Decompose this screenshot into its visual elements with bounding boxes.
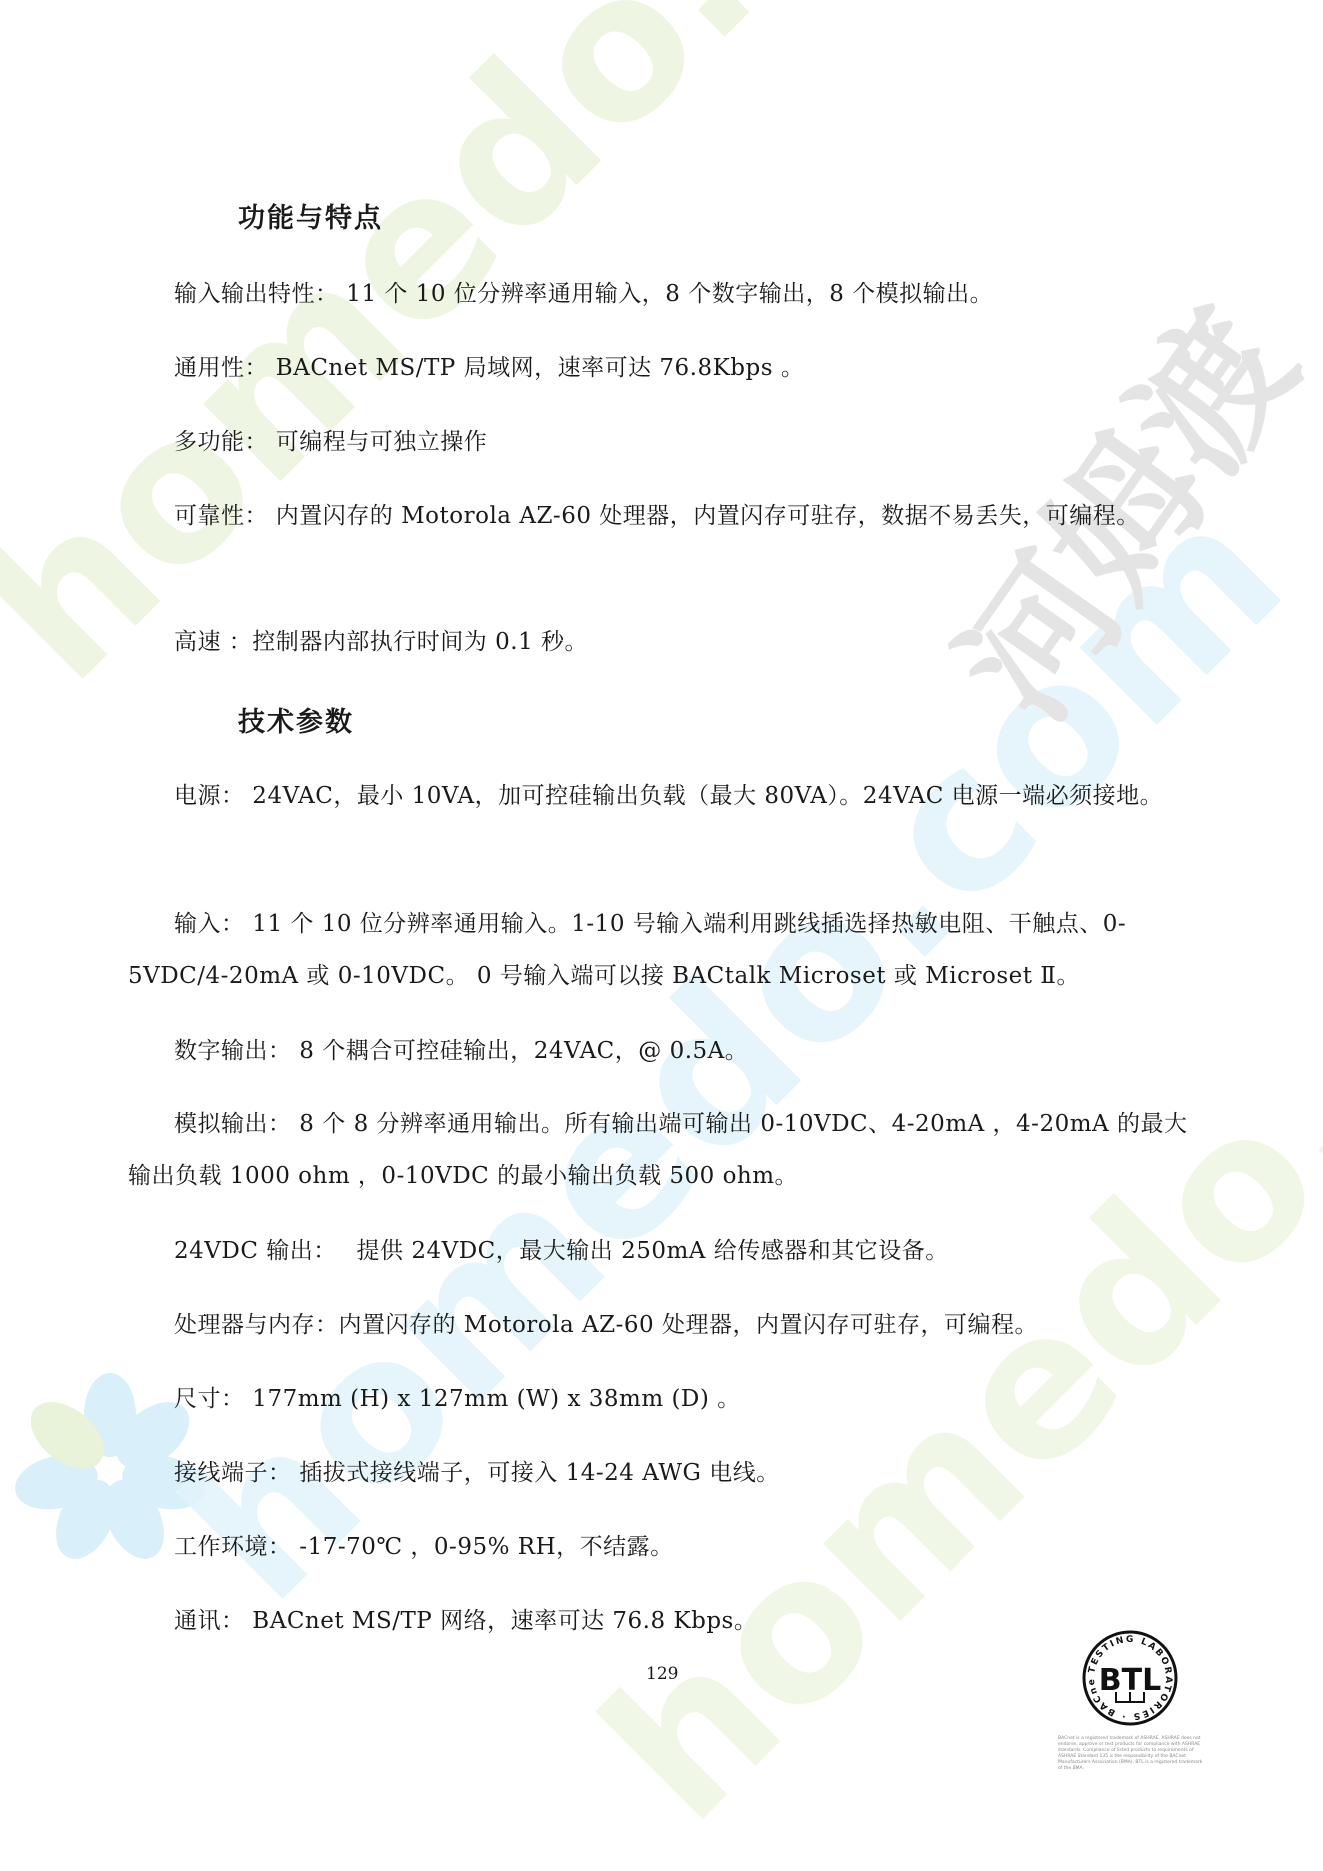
paragraph-processor: 处理器与内存：内置闪存的 Motorola AZ-60 处理器，内置闪存可驻存，… — [128, 1299, 1198, 1351]
paragraph-24vdc-output: 24VDC 输出： 提供 24VDC，最大输出 250mA 给传感器和其它设备。 — [128, 1225, 1198, 1277]
paragraph-speed: 高速 ：控制器内部执行时间为 0.1 秒。 — [128, 616, 1198, 668]
btl-fine-print: BACnet is a registered trademark of ASHR… — [1058, 1736, 1208, 1772]
paragraph-digital-output: 数字输出： 8 个耦合可控硅输出，24VAC，@ 0.5A。 — [128, 1025, 1198, 1077]
paragraph-generality: 通用性： BACnet MS/TP 局域网，速率可达 76.8Kbps 。 — [128, 342, 1198, 394]
paragraph-dimensions: 尺寸： 177mm (H) x 127mm (W) x 38mm (D) 。 — [128, 1373, 1198, 1425]
paragraph-multifunction: 多功能： 可编程与可独立操作 — [128, 416, 1198, 468]
section-heading-features: 功能与特点 — [238, 196, 383, 235]
paragraph-input: 输入： 11 个 10 位分辨率通用输入。1-10 号输入端利用跳线插选择热敏电… — [128, 898, 1198, 1002]
paragraph-power: 电源： 24VAC，最小 10VA，加可控硅输出负载（最大 80VA）。24VA… — [128, 770, 1198, 822]
paragraph-communication: 通讯： BACnet MS/TP 网络，速率可达 76.8 Kbps。 — [128, 1595, 1198, 1647]
paragraph-reliability: 可靠性： 内置闪存的 Motorola AZ-60 处理器，内置闪存可驻存，数据… — [128, 490, 1198, 542]
document-page: 功能与特点 输入输出特性： 11 个 10 位分辨率通用输入，8 个数字输出，8… — [0, 0, 1323, 1871]
page-number: 129 — [646, 1664, 678, 1684]
section-heading-specs: 技术参数 — [238, 700, 354, 739]
btl-badge-icon: TESTING LABORATORIES · BACnet · BTL — [1080, 1628, 1180, 1728]
paragraph-analog-output: 模拟输出： 8 个 8 分辨率通用输出。所有输出端可输出 0-10VDC、4-2… — [128, 1098, 1198, 1202]
paragraph-terminals: 接线端子： 插拔式接线端子，可接入 14-24 AWG 电线。 — [128, 1447, 1198, 1499]
btl-logo: TESTING LABORATORIES · BACnet · BTL BACn… — [1052, 1628, 1242, 1772]
paragraph-environment: 工作环境： -17-70℃ ，0-95% RH，不结露。 — [128, 1521, 1198, 1573]
paragraph-io: 输入输出特性： 11 个 10 位分辨率通用输入，8 个数字输出，8 个模拟输出… — [128, 268, 1198, 320]
